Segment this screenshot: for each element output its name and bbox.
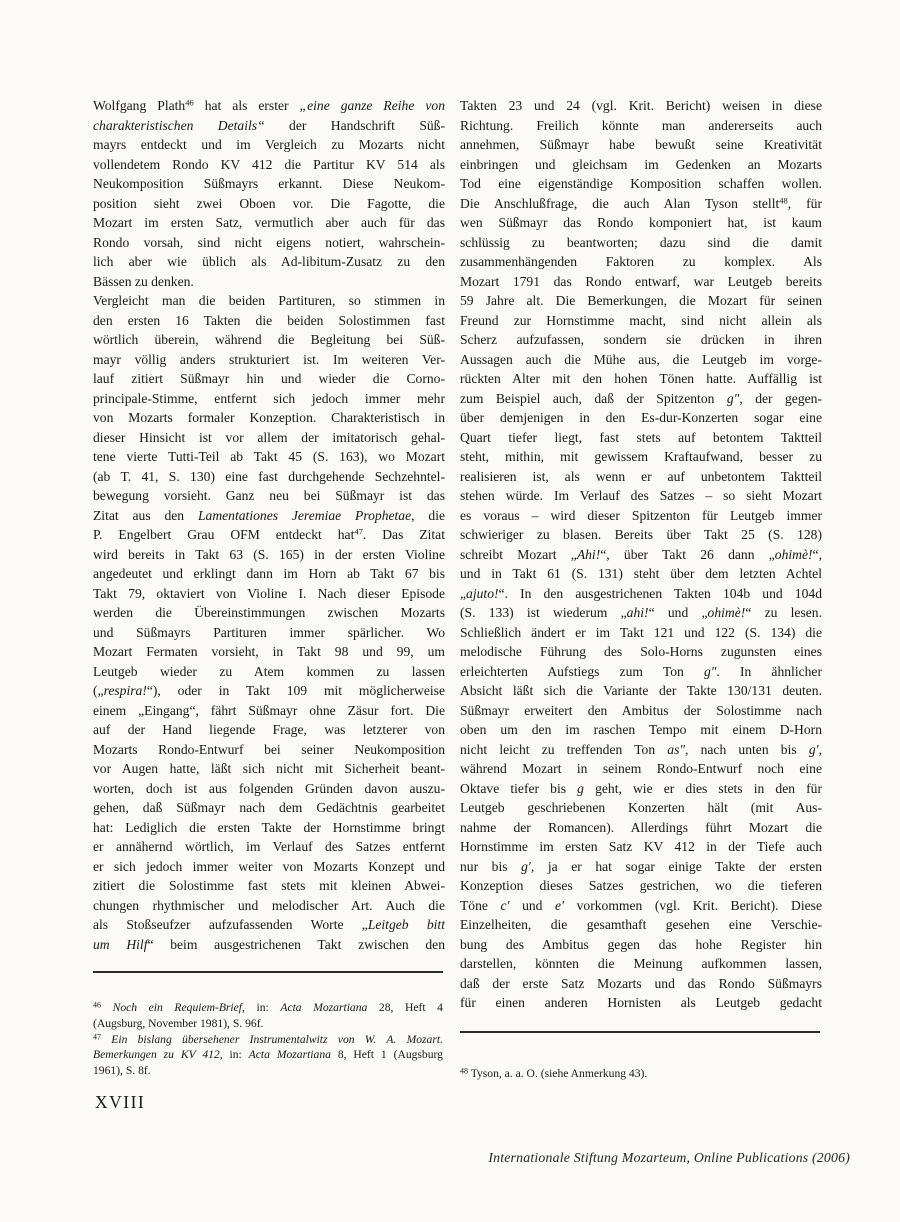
footnote-ref: 48 [460,1067,468,1076]
italic-text: Acta Mozartiana [249,1048,331,1061]
text-line: vollendetem Rondo KV 412 die Partitur KV… [93,155,445,175]
text-line: Schließlich ändert er im Takt 121 und 12… [460,623,822,643]
text-line: Takten 23 und 24 (vgl. Krit. Bericht) we… [460,96,822,116]
italic-text: c′ [501,898,510,913]
text-line: worten, doch ist aus folgenden Gründen d… [93,779,445,799]
text-line: einbringen und gleichsam im Gedenken an … [460,155,822,175]
text-line: annehmen, Süßmayr habe bewußt seine Krea… [460,135,822,155]
italic-text: respira! [104,683,147,698]
italic-text: Leitgeb bitt [368,917,445,932]
text-line: chungen rhythmischer und melodischer Art… [93,896,445,916]
text-line: schreibt Mozart „Ahi!“, über Takt 26 dan… [460,545,822,565]
text-line: nicht leicht zu treffenden Ton as″, nach… [460,740,822,760]
text-line: rückten Alter mit den hohen Tönen hatte.… [460,369,822,389]
text-line: und in Takt 61 (S. 131) steht über dem l… [460,564,822,584]
italic-text: ajuto! [466,586,498,601]
text-line: den ersten 16 Takten die beiden Solostim… [93,311,445,331]
text-line: von Mozarts formaler Konzeption. Charakt… [93,408,445,428]
text-line: schwieriger zu blasen. Bereits über Takt… [460,525,822,545]
footnote-ref: 47 [354,527,363,537]
italic-text: g′ [521,859,531,874]
italic-text: Lamentationes Jeremiae Prophetae [198,508,411,523]
text-line: Bemerkungen zu KV 412, in: Acta Mozartia… [93,1047,443,1063]
footnote-ref: 46 [185,98,194,108]
text-line: es voraus – wird dieser Spitzenton für L… [460,506,822,526]
text-line: hat: Lediglich die ersten Takte der Horn… [93,818,445,838]
text-line: Leutgeb wieder zu Atem kommen zu lassen [93,662,445,682]
left-footnotes: 46 Noch ein Requiem-Brief, in: Acta Moza… [93,1000,443,1079]
italic-text: „eine ganze Reihe von [300,98,445,113]
text-line: Takt 79, oktaviert von Violine I. Nach d… [93,584,445,604]
text-line: angedeutet und erklingt dann im Horn ab … [93,564,445,584]
text-line: vor Augen hatte, läßt sich nicht mit Sic… [93,759,445,779]
text-line: Die Anschlußfrage, die auch Alan Tyson s… [460,194,822,214]
italic-text: ohimè! [708,605,746,620]
text-line: („respira!“), oder in Takt 109 mit mögli… [93,681,445,701]
text-line: darstellen, könnten die Meinung aufkomme… [460,954,822,974]
text-line: wird bereits in Takt 63 (S. 165) in der … [93,545,445,565]
text-line: zum Beispiel auch, daß der Spitzenton g″… [460,389,822,409]
text-line: P. Engelbert Grau OFM entdeckt hat47. Da… [93,525,445,545]
italic-text: um Hilf [93,937,147,952]
text-line: realisieren ist, als wenn er auf unbeton… [460,467,822,487]
italic-text: ahi! [627,605,649,620]
text-line: Rondo vorsah, sind nicht eigens notiert,… [93,233,445,253]
left-footnote-rule [93,971,443,973]
text-line: und Süßmayrs Partituren immer spärlicher… [93,623,445,643]
text-line: über demjenigen in den Es-dur-Konzerten … [460,408,822,428]
text-line: dieser Hinsicht ist vor allem der imitat… [93,428,445,448]
italic-text: ohimè! [775,547,813,562]
text-line: Konzeption dieses Satzes gestrichen, wo … [460,876,822,896]
text-line: lauf zitiert Süßmayr hin und wieder die … [93,369,445,389]
text-line: Zitat aus den Lamentationes Jeremiae Pro… [93,506,445,526]
text-line: werden die Übereinstimmungen zwischen Mo… [93,603,445,623]
italic-text: Ein bislang übersehener Instrumentalwitz… [111,1033,443,1046]
text-line: Vergleicht man die beiden Partituren, so… [93,291,445,311]
italic-text: g [577,781,584,796]
footnote-ref: 46 [93,1001,101,1010]
text-line: während Mozart in seinem Rondo-Entwurf n… [460,759,822,779]
text-line: nahme der Romancen). Allerdings führt Mo… [460,818,822,838]
text-line: (S. 133) ist wiederum „ahi!“ und „ohimè!… [460,603,822,623]
right-footnotes: 48 Tyson, a. a. O. (siehe Anmerkung 43). [460,1066,820,1082]
text-line: auf der Hand liegende Frage, was letzter… [93,720,445,740]
italic-text: g″ [704,664,716,679]
text-line: Quart tiefer liegt, fast stets auf beton… [460,428,822,448]
right-footnote-rule [460,1031,820,1033]
text-line: 47 Ein bislang übersehener Instrumentalw… [93,1032,443,1048]
text-line: bewegung vorsieht. Ganz neu bei Süßmayr … [93,486,445,506]
text-line: Süßmayr erweitert den Ambitus der Solost… [460,701,822,721]
text-line: erleichterten Aufstiegs zum Ton g″. In ä… [460,662,822,682]
text-line: (Augsburg, November 1981), S. 96f. [93,1016,443,1032]
text-line: mayrs entdeckt und im Vergleich zu Mozar… [93,135,445,155]
text-line: principale-Stimme, entfernt sich jedoch … [93,389,445,409]
text-line: Hornstimme im ersten Satz KV 412 in der … [460,837,822,857]
text-line: Töne c′ und e′ vorkommen (vgl. Krit. Ber… [460,896,822,916]
italic-text: Bemerkungen zu KV 412 [93,1048,220,1061]
italic-text: g′ [809,742,819,757]
text-line: 46 Noch ein Requiem-Brief, in: Acta Moza… [93,1000,443,1016]
text-line: Wolfgang Plath46 hat als erster „eine ga… [93,96,445,116]
italic-text: e′ [555,898,564,913]
italic-text: Noch ein Requiem-Brief [113,1001,242,1014]
italic-text: g″ [727,391,739,406]
italic-text: Ahi! [577,547,600,562]
text-line: Neukomposition Süßmayrs erkannt. Diese N… [93,174,445,194]
text-line: gehen, daß Süßmayr nach dem Gedächtnis g… [93,798,445,818]
text-line: für einen anderen Hornisten als Leutgeb … [460,993,822,1013]
text-line: Scherz aufzufassen, sondern sie drücken … [460,330,822,350]
text-line: einem „Eingang“, fährt Süßmayr ohne Zäsu… [93,701,445,721]
text-line: Mozart Fermaten vorsieht, in Takt 98 und… [93,642,445,662]
text-line: zitiert die Solostimme fast stets mit kl… [93,876,445,896]
text-line: Absicht läßt sich die Variante der Takte… [460,681,822,701]
italic-text: charakteristischen Details“ [93,118,265,133]
footnote-ref: 47 [93,1032,101,1041]
text-line: Tod eine eigenständige Komposition schaf… [460,174,822,194]
text-line: 48 Tyson, a. a. O. (siehe Anmerkung 43). [460,1066,820,1082]
text-line: wörtlich überein, während die Begleitung… [93,330,445,350]
text-line: lich aber wie üblich als Ad-libitum-Zusa… [93,252,445,272]
right-text-column: Takten 23 und 24 (vgl. Krit. Bericht) we… [460,96,822,1013]
text-line: oben um den im raschen Tempo mit einem D… [460,720,822,740]
text-line: nur bis g′, ja er hat sogar einige Takte… [460,857,822,877]
text-line: er sich jedoch immer weiter von Mozarts … [93,857,445,877]
text-line: Mozart 1791 das Rondo entwarf, war Leutg… [460,272,822,292]
left-text-column: Wolfgang Plath46 hat als erster „eine ga… [93,96,445,954]
text-line: 1961), S. 8f. [93,1063,443,1079]
text-line: (ab T. 41, S. 130) eine fast durchgehend… [93,467,445,487]
text-line: mayr völlig anders strukturiert ist. Im … [93,350,445,370]
text-line: Freund zur Hornstimme macht, sind nicht … [460,311,822,331]
text-line: wen Süßmayr das Rondo komponiert hat, is… [460,213,822,233]
text-line: Leutgeb geschriebenen Konzerten hält (mi… [460,798,822,818]
text-line: tene vierte Tutti-Teil ab Takt 45 (S. 16… [93,447,445,467]
footnote-ref: 48 [779,195,788,205]
text-line: steht, mithin, mit gewissem Kraftaufwand… [460,447,822,467]
italic-text: as″ [667,742,685,757]
italic-text: Acta Mozartiana [280,1001,367,1014]
text-line: position sieht zwei Oboen vor. Die Fagot… [93,194,445,214]
text-line: Mozart im ersten Satz, vermutlich aber a… [93,213,445,233]
text-line: charakteristischen Details“ der Handschr… [93,116,445,136]
text-line: um Hilf“ beim ausgestrichenen Takt zwisc… [93,935,445,955]
text-line: Aussagen auch die Mühe aus, die Leutgeb … [460,350,822,370]
text-line: schlüssig zu beantworten; dazu sind die … [460,233,822,253]
text-line: Mozarts Rondo-Entwurf bei seiner Neukomp… [93,740,445,760]
text-line: melodische Führung des Solo-Horns zuguns… [460,642,822,662]
footer-credit: Internationale Stiftung Mozarteum, Onlin… [488,1150,850,1166]
text-line: Oktave tiefer bis g geht, wie er dies st… [460,779,822,799]
text-line: Einzelheiten, die gesamthaft gesehen ein… [460,915,822,935]
text-line: bung des Ambitus gegen das hohe Register… [460,935,822,955]
document-page: Wolfgang Plath46 hat als erster „eine ga… [0,0,900,1222]
text-line: als Stoßseufzer aufzufassenden Worte „Le… [93,915,445,935]
text-line: stehen würde. Im Verlauf des Satzes – so… [460,486,822,506]
text-line: er annähernd wörtlich, im Verlauf des Sa… [93,837,445,857]
text-line: zusammenhängenden Faktoren zu komplex. A… [460,252,822,272]
text-line: Bässen zu denken. [93,272,445,292]
text-line: Richtung. Freilich könnte man anderersei… [460,116,822,136]
text-line: daß der erste Satz Mozarts und das Rondo… [460,974,822,994]
text-line: 59 Jahre alt. Die Bemerkungen, die Mozar… [460,291,822,311]
page-number: XVIII [95,1092,145,1113]
text-line: „ajuto!“. In den ausgestrichenen Takten … [460,584,822,604]
